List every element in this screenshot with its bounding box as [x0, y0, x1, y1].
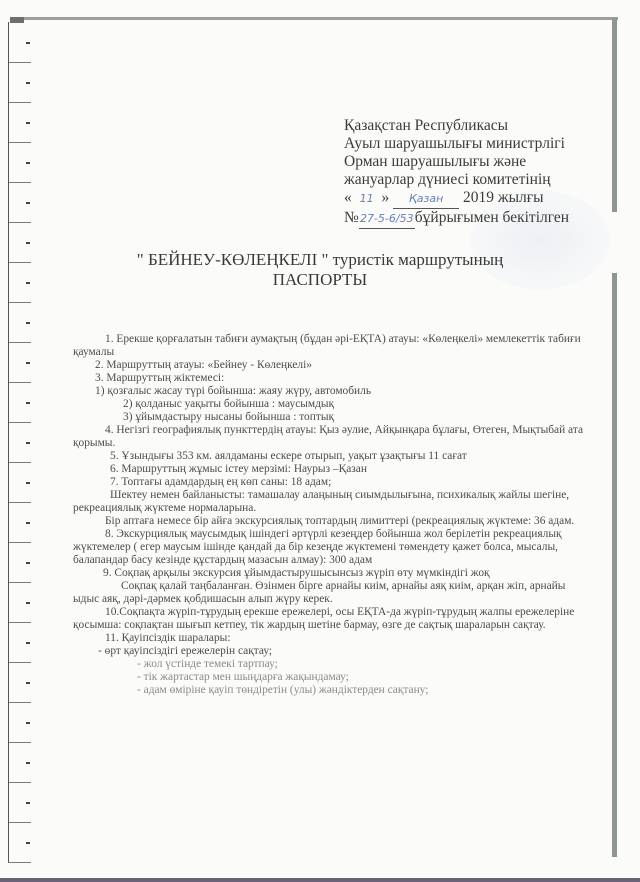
binding-mark [8, 102, 31, 143]
approval-date: « 11 » Қазан 2019 жылғы [344, 189, 569, 209]
handwritten-day: 11 [356, 190, 378, 208]
handwritten-order-number: 27-5-6/53 [359, 210, 415, 229]
binding-mark [8, 782, 31, 823]
item-3-3: 3) ұйымдастыру нысаны бойынша : топтық [73, 411, 593, 424]
binding-dot [26, 842, 30, 844]
item-10: 10.Соқпақта жүріп-тұрудың ерекше ережеле… [73, 606, 593, 632]
approval-block: Қазақстан Республикасы Ауыл шаруашылығы … [344, 117, 569, 229]
binding-mark [8, 342, 31, 383]
item-2: 2. Маршруттың атауы: «Бейнеу - Көлеңкелі… [73, 359, 593, 372]
binding-dot [26, 242, 30, 244]
binding-dot [26, 802, 30, 804]
binding-dot [26, 442, 30, 444]
binding-mark [8, 742, 31, 783]
binding-mark [8, 662, 31, 703]
binding-mark [8, 142, 31, 183]
item-11-2: - жол үстінде темекі тартпау; [73, 658, 593, 671]
approval-order: №27-5-6/53бұйрығымен бекітілген [344, 209, 569, 229]
binding-mark [8, 302, 31, 343]
binding-dot [26, 722, 30, 724]
approval-line: жануарлар дүниесі комитетінің [344, 171, 569, 189]
item-1: 1. Ерекше қорғалатын табиғи аумақтың (бұ… [73, 333, 593, 359]
handwritten-month: Қазан [393, 190, 459, 209]
item-7-weekly: Бір аптаға немесе бір айға экскурсиялық … [73, 515, 593, 528]
binding-dot [26, 82, 30, 84]
binding-dot [26, 602, 30, 604]
binding-dot [26, 482, 30, 484]
binding-dot [26, 42, 30, 44]
scan-page-right-edge [612, 18, 617, 212]
binding-mark [8, 502, 31, 543]
binding-dot [26, 522, 30, 524]
item-11-3: - тік жартастар мен шыңдарға жақындамау; [73, 671, 593, 684]
document-subtitle: ПАСПОРТЫ [0, 270, 640, 290]
binding-mark [8, 22, 31, 63]
binding-dot [26, 762, 30, 764]
item-9-note: Соқпақ қалай таңбаланған. Өзінмен бірге … [73, 580, 593, 606]
binding-mark [8, 622, 31, 663]
approval-line: Орман шаруашылығы және [344, 153, 569, 171]
binding-mark [8, 542, 31, 583]
binding-dot [26, 642, 30, 644]
binding-dot [26, 562, 30, 564]
binding-dot [26, 322, 30, 324]
binding-dot [26, 202, 30, 204]
passport-body: 1. Ерекше қорғалатын табиғи аумақтың (бұ… [73, 333, 593, 697]
item-9: 9. Соқпақ арқылы экскурсия ұйымдастырушы… [73, 567, 593, 580]
item-6: 6. Маршруттың жұмыс істеу мерзімі: Науры… [73, 463, 593, 476]
item-11-4: - адам өміріне қауіп төндіретін (улы) жә… [73, 684, 593, 697]
binding-mark [8, 582, 31, 623]
item-8: 8. Экскурциялық маусымдық ішіндегі әртүр… [73, 528, 593, 567]
binding-dot [26, 362, 30, 364]
binding-mark [8, 422, 31, 463]
item-11: 11. Қауіпсіздік шаралары: [73, 632, 593, 645]
approval-line: Қазақстан Республикасы [344, 117, 569, 135]
item-3-1: 1) қозғалыс жасау түрі бойынша: жаяу жүр… [73, 385, 593, 398]
binding-mark [8, 462, 31, 503]
binding-mark [8, 182, 31, 223]
binding-mark [8, 62, 31, 103]
binding-dot [26, 122, 30, 124]
binding-dot [26, 682, 30, 684]
binding-dot [26, 162, 30, 164]
scan-page-right-edge-lower [612, 273, 617, 857]
binding-dot [26, 402, 30, 404]
item-3: 3. Маршруттың жіктемесі: [73, 372, 593, 385]
item-5: 5. Ұзындығы 353 км. аялдаманы ескере оты… [73, 450, 593, 463]
document-title: " БЕЙНЕУ-КӨЛЕҢКЕЛІ " туристік маршрутыны… [0, 250, 640, 270]
scan-page-top-edge [10, 17, 618, 20]
binding-mark [8, 382, 31, 423]
scanner-bed-edge [0, 878, 640, 882]
item-7-limits: Шектеу немен байланысты: тамашалау алаңы… [73, 489, 593, 515]
binding-mark [8, 822, 31, 863]
item-3-2: 2) қолданыс уақыты бойынша : маусымдық [73, 398, 593, 411]
item-7: 7. Топтағы адамдардың ең көп саны: 18 ад… [73, 476, 593, 489]
binding-mark [8, 702, 31, 743]
item-4: 4. Негізгі географиялық пункттердің атау… [73, 424, 593, 450]
approval-line: Ауыл шаруашылығы министрлігі [344, 135, 569, 153]
item-11-1: - өрт қауіпсіздігі ережелерін сақтау; [73, 645, 593, 658]
